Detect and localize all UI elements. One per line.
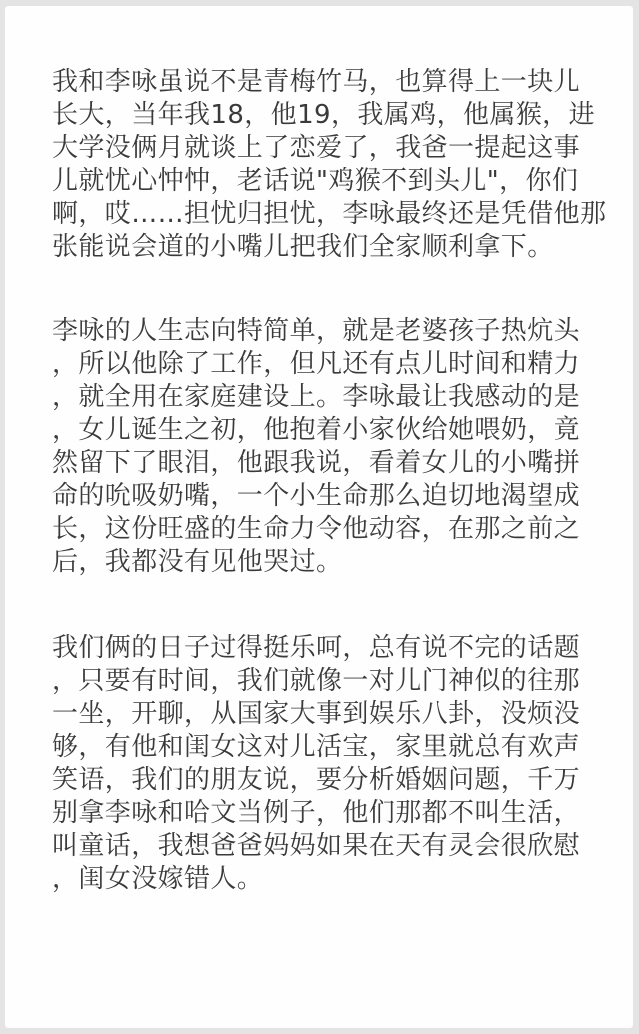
paragraph-1: 我和李咏虽说不是青梅竹马，也算得上一块儿 长大，当年我18，他19，我属鸡，他属… bbox=[52, 66, 612, 264]
text-line: 别拿李咏和哈文当例子，他们那都不叫生活， bbox=[52, 797, 612, 830]
text-line: 大学没俩月就谈上了恋爱了，我爸一提起这事 bbox=[52, 132, 612, 165]
text-line: 叫童话，我想爸爸妈妈如果在天有灵会很欣慰 bbox=[52, 830, 612, 863]
text-line: ，女儿诞生之初，他抱着小家伙给她喂奶，竟 bbox=[52, 414, 612, 447]
text-line: 我和李咏虽说不是青梅竹马，也算得上一块儿 bbox=[52, 66, 612, 99]
text-line: ，所以他除了工作，但凡还有点儿时间和精力 bbox=[52, 348, 612, 381]
text-line: 够，有他和闺女这对儿活宝，家里就总有欢声 bbox=[52, 731, 612, 764]
article-card: 我和李咏虽说不是青梅竹马，也算得上一块儿 长大，当年我18，他19，我属鸡，他属… bbox=[5, 6, 633, 1028]
text-line: 我们俩的日子过得挺乐呵，总有说不完的话题 bbox=[52, 632, 612, 665]
text-line: 长，这份旺盛的生命力令他动容，在那之前之 bbox=[52, 513, 612, 546]
text-line: 李咏的人生志向特简单，就是老婆孩子热炕头 bbox=[52, 315, 612, 348]
paragraph-2: 李咏的人生志向特简单，就是老婆孩子热炕头 ，所以他除了工作，但凡还有点儿时间和精… bbox=[52, 315, 612, 579]
text-line: 然留下了眼泪，他跟我说，看着女儿的小嘴拼 bbox=[52, 447, 612, 480]
text-line: 张能说会道的小嘴儿把我们全家顺利拿下。 bbox=[52, 231, 612, 264]
text-line: ，闺女没嫁错人。 bbox=[52, 863, 612, 896]
text-line: 啊，哎……担忧归担忧，李咏最终还是凭借他那 bbox=[52, 198, 612, 231]
text-line: 长大，当年我18，他19，我属鸡，他属猴，进 bbox=[52, 99, 612, 132]
text-line: ，只要有时间，我们就像一对儿门神似的往那 bbox=[52, 665, 612, 698]
text-line: 一坐，开聊，从国家大事到娱乐八卦，没烦没 bbox=[52, 698, 612, 731]
text-line: ，就全用在家庭建设上。李咏最让我感动的是 bbox=[52, 381, 612, 414]
text-line: 后，我都没有见他哭过。 bbox=[52, 546, 612, 579]
paragraph-3: 我们俩的日子过得挺乐呵，总有说不完的话题 ，只要有时间，我们就像一对儿门神似的往… bbox=[52, 632, 612, 896]
text-line: 儿就忧心忡忡，老话说"鸡猴不到头儿"，你们 bbox=[52, 165, 612, 198]
text-line: 命的吮吸奶嘴，一个小生命那么迫切地渴望成 bbox=[52, 480, 612, 513]
text-line: 笑语，我们的朋友说，要分析婚姻问题，千万 bbox=[52, 764, 612, 797]
